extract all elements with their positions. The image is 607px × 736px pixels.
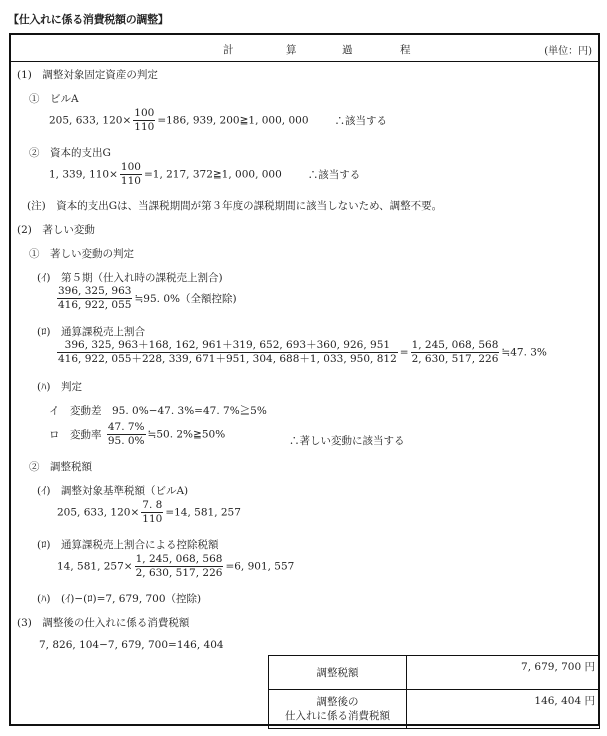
conclusion: ∴該当する — [308, 169, 361, 181]
section-3-heading: (3) 調整後の仕入れに係る消費税額 — [17, 615, 189, 630]
capital-expenditure-formula: 1, 339, 110×100110=1, 217, 372≧1, 000, 0… — [49, 161, 360, 188]
difference-expression: 95. 0%−47. 3%=47. 7%≧5% — [112, 405, 267, 417]
summary-row: 調整後の仕入れに係る消費税額 146, 404 円 — [269, 690, 600, 729]
summary-label-line2: 仕入れに係る消費税額 — [285, 710, 390, 722]
summary-value: 7, 679, 700 円 — [407, 656, 600, 690]
formula-lhs: 205, 633, 120× — [49, 115, 131, 127]
cumulative-ratio-formula: 396, 325, 963＋168, 162, 961＋319, 652, 69… — [57, 339, 547, 366]
numerator: 100 — [133, 107, 155, 121]
denominator: 416, 922, 055 — [57, 299, 132, 312]
calculation-header: 計 算 過 程 (単位：円) — [11, 35, 598, 62]
numerator: 396, 325, 963 — [57, 285, 132, 299]
adjustment-label: ② 調整税額 — [29, 459, 92, 474]
section-2-heading: (2) 著しい変動 — [17, 222, 95, 237]
fraction: 396, 325, 963＋168, 162, 961＋319, 652, 69… — [57, 339, 398, 366]
denominator: 2, 630, 517, 226 — [411, 353, 500, 366]
unit-label: (単位：円) — [544, 42, 592, 57]
final-expression: 7, 826, 104−7, 679, 700=146, 404 — [39, 639, 224, 651]
rate-rhs: ≒50. 2%≧50% — [148, 429, 226, 441]
summary-row: 調整税額 7, 679, 700 円 — [269, 656, 600, 690]
formula-rhs: ≒95. 0%（全額控除) — [134, 293, 236, 305]
difference-label: イ 変動差 — [49, 405, 102, 417]
judgement-label: ① 著しい変動の判定 — [29, 246, 134, 261]
numerator: 7. 8 — [141, 499, 163, 513]
numerator: 1, 245, 068, 568 — [411, 339, 500, 353]
summary-label-line1: 調整後の — [317, 696, 359, 708]
summary-label-text: 調整税額 — [317, 667, 359, 679]
formula-rhs: =186, 939, 200≧1, 000, 000 — [157, 115, 308, 127]
fraction-result: 1, 245, 068, 5682, 630, 517, 226 — [411, 339, 500, 366]
note: (注) 資本的支出Gは、当課税期間が第３年度の課税期間に該当しないため、調整不要… — [27, 198, 442, 213]
base-tax-label: (ｲ) 調整対象基準税額（ビルA) — [37, 483, 188, 498]
fraction: 7. 8110 — [141, 499, 163, 526]
numerator: 1, 245, 068, 568 — [135, 553, 224, 567]
formula-lhs: 14, 581, 257× — [57, 561, 133, 573]
denominator: 416, 922, 055＋228, 339, 671＋951, 304, 68… — [57, 353, 398, 366]
formula-rhs: =1, 217, 372≧1, 000, 000 — [144, 169, 282, 181]
fraction: 396, 325, 963416, 922, 055 — [57, 285, 132, 312]
denominator: 110 — [120, 175, 142, 188]
variation-difference: イ 変動差 95. 0%−47. 3%=47. 7%≧5% — [49, 403, 267, 418]
fraction: 100110 — [120, 161, 142, 188]
building-a-label: ① ビルA — [29, 91, 79, 106]
formula-lhs: 205, 633, 120× — [57, 507, 139, 519]
significant-change-conclusion: ∴著しい変動に該当する — [289, 433, 405, 448]
period-5-formula: 396, 325, 963416, 922, 055≒95. 0%（全額控除) — [57, 285, 237, 312]
deduction-tax-label: (ﾛ) 通算課税売上割合による控除税額 — [37, 537, 218, 552]
header-char-1: 計 — [223, 42, 234, 57]
capital-expenditure-label: ② 資本的支出G — [29, 145, 111, 160]
header-char-3: 過 — [342, 42, 353, 57]
building-a-formula: 205, 633, 120×100110=186, 939, 200≧1, 00… — [49, 107, 387, 134]
calculation-box: 計 算 過 程 (単位：円) (1) 調整対象固定資産の判定 ① ビルA 205… — [9, 33, 600, 726]
equals: = — [400, 347, 409, 359]
page-title: 【仕入れに係る消費税額の調整】 — [8, 11, 169, 27]
formula-lhs: 1, 339, 110× — [49, 169, 118, 181]
fraction: 47. 7%95. 0% — [107, 421, 146, 448]
conclusion: ∴該当する — [335, 115, 388, 127]
adjustment-result: (ﾊ) (ｲ)−(ﾛ)=7, 679, 700（控除) — [37, 591, 201, 606]
numerator: 100 — [120, 161, 142, 175]
formula-rhs: =6, 901, 557 — [225, 561, 294, 573]
numerator: 47. 7% — [107, 421, 146, 435]
denominator: 110 — [141, 513, 163, 526]
rate-label: ロ 変動率 — [49, 429, 102, 441]
summary-label: 調整後の仕入れに係る消費税額 — [269, 690, 407, 729]
denominator: 110 — [133, 121, 155, 134]
denominator: 2, 630, 517, 226 — [135, 567, 224, 580]
period-5-label: (ｲ) 第５期（仕入れ時の課税売上割合) — [37, 270, 223, 285]
summary-table: 調整税額 7, 679, 700 円 調整後の仕入れに係る消費税額 146, 4… — [268, 655, 600, 729]
summary-label: 調整税額 — [269, 656, 407, 690]
fraction: 1, 245, 068, 5682, 630, 517, 226 — [135, 553, 224, 580]
decision-label: (ﾊ) 判定 — [37, 379, 82, 394]
fraction: 100110 — [133, 107, 155, 134]
formula-rhs: ≒47. 3% — [501, 347, 547, 359]
variation-rate: ロ 変動率 47. 7%95. 0%≒50. 2%≧50% — [49, 421, 225, 448]
summary-value: 146, 404 円 — [407, 690, 600, 729]
denominator: 95. 0% — [107, 435, 146, 448]
cumulative-ratio-label: (ﾛ) 通算課税売上割合 — [37, 324, 145, 339]
section-1-heading: (1) 調整対象固定資産の判定 — [17, 67, 158, 82]
header-char-4: 程 — [400, 42, 411, 57]
base-tax-formula: 205, 633, 120×7. 8110=14, 581, 257 — [57, 499, 241, 526]
header-char-2: 算 — [286, 42, 297, 57]
formula-rhs: =14, 581, 257 — [165, 507, 241, 519]
numerator: 396, 325, 963＋168, 162, 961＋319, 652, 69… — [57, 339, 398, 353]
deduction-tax-formula: 14, 581, 257×1, 245, 068, 5682, 630, 517… — [57, 553, 294, 580]
